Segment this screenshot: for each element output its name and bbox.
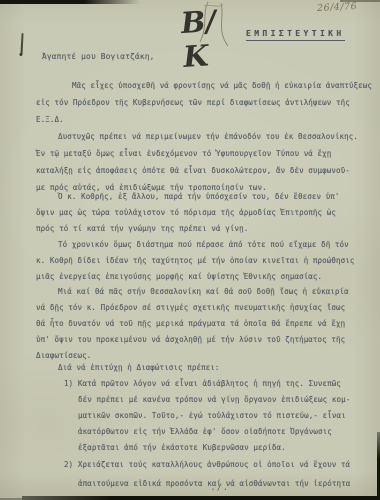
text-line: νά δῇς τόν κ. Πρόεδρον σέ στιγμές σχετικ… — [36, 300, 351, 316]
text-line: δέν πρέπει μέ κανένα τρόπον νά γίνῃ ὄργα… — [64, 392, 356, 408]
text-line: 2) Χρειάζεται τούς καταλλήλους ἀνθρώπους… — [64, 455, 356, 474]
page-continuation-mark: ./. — [211, 483, 229, 493]
scan-edge-top-left — [0, 0, 140, 4]
paragraph-6-lead-in: Διά νά ἐπιτύχῃ ἡ Διαφώτισις πρέπει: — [36, 360, 351, 376]
text-line: Ε.Ξ.Δ. — [36, 111, 351, 128]
text-line: ἀπαιτούμενα εἰδικά προσόντα καί νά αἰσθά… — [64, 474, 356, 493]
text-line: Δυστυχῶς πρέπει νά περιμείνωμεν τήν ἐπάν… — [36, 128, 351, 145]
paragraph-1: Μᾶς εἶχες ὑποσχεθῆ νά φροντίσῃς νά μᾶς δ… — [36, 77, 351, 128]
text-line: ὑπ' ὄψιν του προκειμένου νά ἀσχοληθῇ μέ … — [36, 332, 351, 348]
paragraph-5: Μιά καί θά πᾶς στήν Θεσσαλονίκη καί θά σ… — [36, 284, 351, 364]
list-item-2: 2) Χρειάζεται τούς καταλλήλους ἀνθρώπους… — [64, 455, 356, 493]
paragraph-2: Δυστυχῶς πρέπει νά περιμείνωμεν τήν ἐπάν… — [36, 128, 351, 196]
text-line: μιᾶς ἐνεργείας ἐπειγούσης μορφῆς καί ὑψί… — [36, 269, 351, 285]
scan-edge-bottom — [22, 496, 380, 500]
handwritten-initials-mark: Β/Κ — [178, 0, 242, 52]
salutation: Ἀγαπητέ μου Βογιατζάκη, — [42, 49, 155, 65]
classification-heading: ΕΜΠΙΣΤΕΥΤΙΚΗ — [246, 29, 345, 41]
text-line: Ἐν τῷ μεταξύ ὅμως εἶναι ἐνδεχόμενον τό Ὑ… — [36, 145, 351, 162]
paragraph-4: Τό χρονικόν ὅμως διάστημα πού πέρασε ἀπό… — [36, 237, 351, 285]
text-line: πρός τό τί κατά τήν γνώμην της πρέπει νά… — [36, 221, 351, 237]
text-line: Μιά καί θά πᾶς στήν Θεσσαλονίκη καί θά σ… — [36, 284, 351, 300]
text-line: εἰς τόν Πρόεδρον τῆς Κυβερνήσεως τῶν περ… — [36, 94, 351, 111]
text-line: Μᾶς εἶχες ὑποσχεθῆ νά φροντίσῃς νά μᾶς δ… — [36, 77, 351, 94]
text-line: ματικῶν σκοπῶν. Τοῦτο,- ἐγώ τοὐλάχιστον … — [64, 408, 356, 424]
text-line: θά ἦτο δυνατόν νά τοῦ πῇς μερικά πράγματ… — [36, 316, 351, 332]
initials-text: Β/Κ — [180, 2, 245, 74]
margin-check-stroke — [20, 33, 23, 55]
text-line: Διά νά ἐπιτύχῃ ἡ Διαφώτισις πρέπει: — [36, 360, 351, 376]
paragraph-3: Ὁ κ. Κοθρῆς, ἐξ ἄλλου, παρά τήν ὑπόσχεσί… — [36, 189, 351, 237]
list-item-1: 1) Κατά πρῶτον λόγον νά εἶναι ἀδιάβλητος… — [64, 376, 356, 456]
handwritten-date: 26/4/76 — [317, 1, 358, 14]
text-line: καταλήξῃ εἰς ἀποφάσεις ὁπότε θά εἶναι δυ… — [36, 162, 351, 179]
text-line: Τό χρονικόν ὅμως διάστημα πού πέρασε ἀπό… — [36, 237, 351, 253]
text-line: κ. Κοθρῆ δίδει ἰδέαν τῆς ταχύτητος μέ τή… — [36, 253, 351, 269]
text-line: 1) Κατά πρῶτον λόγον νά εἶναι ἀδιάβλητος… — [64, 376, 356, 392]
text-line: Ὁ κ. Κοθρῆς, ἐξ ἄλλου, παρά τήν ὑπόσχεσί… — [36, 189, 351, 205]
text-line: ἀκατόρθωτον εἰς τήν Ἑλλάδα ἐφ' ὅσον οἱαδ… — [64, 424, 356, 440]
text-line: ὄψιν μας ὡς τώρα τοὐλάχιστον τό πόρισμα … — [36, 205, 351, 221]
text-line: ἐξαρτᾶται ἀπό τήν ἑκάστοτε Κυβερνῶσαν με… — [64, 440, 356, 456]
scanned-letter-page: 26/4/76 Β/Κ ΕΜΠΙΣΤΕΥΤΙΚΗ Ἀγαπητέ μου Βογ… — [0, 0, 380, 500]
